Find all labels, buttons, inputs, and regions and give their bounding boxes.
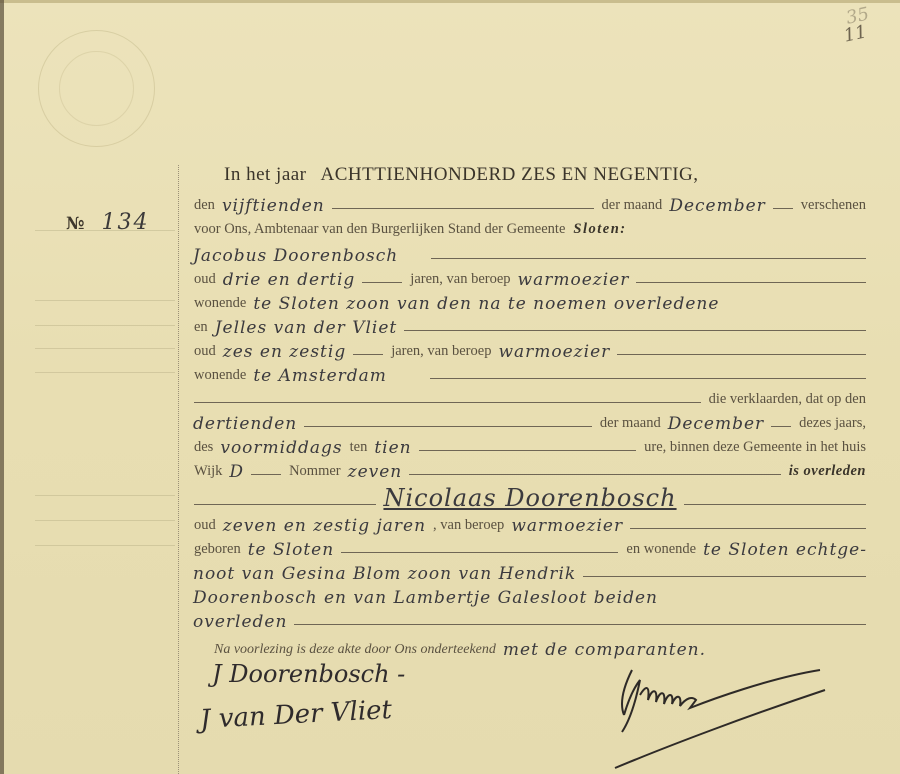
line-official: voor Ons, Ambtenaar van den Burgerlijken… — [190, 214, 870, 238]
stub-line — [35, 300, 175, 301]
stub-line — [35, 545, 175, 546]
act-number: № 134 — [66, 210, 149, 235]
stub-line — [35, 495, 175, 496]
line-witness2-age: oud zes en zestig jaren, van beroep warm… — [190, 336, 870, 360]
perforation-line — [178, 165, 179, 774]
witness2-name: Jelles van der Vliet — [212, 318, 401, 338]
line-death-date: dertienden der maand December dezes jaar… — [190, 408, 870, 432]
signature-witness1: J Doorenbosch - — [212, 660, 405, 688]
folio-number: 35 11 — [839, 5, 874, 44]
stub-line — [35, 348, 175, 349]
line-address: Wijk D Nommer zeven is overleden — [190, 456, 870, 480]
stub-line — [35, 372, 175, 373]
line-closing: Na voorlezing is deze akte door Ons onde… — [190, 634, 870, 658]
municipality: Sloten: — [569, 221, 630, 238]
line-witness1: Jacobus Doorenbosch — [190, 240, 870, 264]
month-value: December — [666, 196, 768, 216]
line-declaration: die verklaarden, dat op den — [190, 384, 870, 408]
line-spouse-parents: noot van Gesina Blom zoon van Hendrik — [190, 558, 870, 582]
line-deceased-birth: geboren te Sloten en wonende te Sloten e… — [190, 534, 870, 558]
stub-line — [35, 325, 175, 326]
header-line: In het jaar ACHTTIENHONDERD ZES EN NEGEN… — [190, 162, 870, 186]
deceased-name: Nicolaas Doorenbosch — [380, 484, 679, 512]
line-witness1-residence: wonende te Sloten zoon van den na te noe… — [190, 288, 870, 312]
faint-seal-stamp — [38, 30, 155, 147]
line-death-time: des voormiddags ten tien ure, binnen dez… — [190, 432, 870, 456]
stub-line — [35, 520, 175, 521]
witness1-name: Jacobus Doorenbosch — [190, 246, 401, 266]
number-sign: № — [66, 214, 84, 234]
certificate-page: 35 11 № 134 In het jaar ACHTTIENHONDERD … — [0, 0, 900, 774]
line-parents: Doorenbosch en van Lambertje Galesloot b… — [190, 582, 870, 606]
line-deceased-age: oud zeven en zestig jaren , van beroep w… — [190, 510, 870, 534]
line-deceased-status: overleden — [190, 606, 870, 630]
day-value: vijftienden — [219, 196, 328, 216]
signature-witness2: J van Der Vliet — [199, 695, 392, 735]
act-number-value: 134 — [101, 210, 149, 235]
line-date: den vijftienden der maand December versc… — [190, 190, 870, 214]
line-witness2-residence: wonende te Amsterdam — [190, 360, 870, 384]
binding-edge — [0, 0, 4, 774]
line-witness2: en Jelles van der Vliet — [190, 312, 870, 336]
signature-official — [610, 660, 840, 770]
line-deceased: Nicolaas Doorenbosch — [190, 480, 870, 510]
paper-top-edge — [0, 0, 900, 3]
line-witness1-age: oud drie en dertig jaren, van beroep war… — [190, 264, 870, 288]
